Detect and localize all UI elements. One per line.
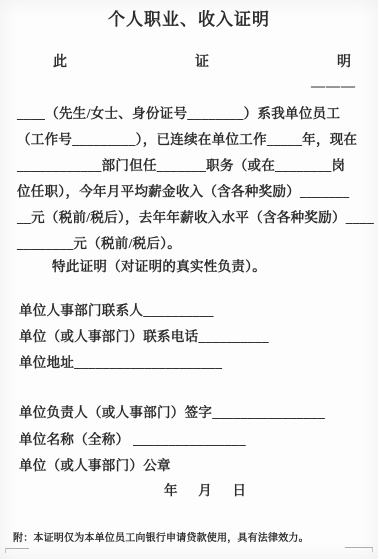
date-day-label: 日 — [233, 479, 247, 499]
cert-char-ci: 此 — [53, 51, 67, 71]
date-line: 年 月 日 — [164, 479, 246, 499]
body-line-1: ____（先生/女士、身份证号________）系我单位员工 — [17, 102, 340, 122]
body-line-3: ____________部门但任_______职务（或在________岗 — [17, 154, 345, 174]
cropped-table-corner-left — [5, 548, 29, 553]
closing-statement: 特此证明（对证明的真实性负责）。 — [52, 255, 266, 275]
document-title: 个人职业、收入证明 — [0, 5, 378, 30]
signature-line: 单位负责人（或人事部门）签字________________ — [19, 401, 325, 421]
date-year-label: 年 — [164, 479, 178, 499]
company-address-line: 单位地址_____________________ — [19, 351, 222, 371]
body-line-5: __元（税前/税后），去年年薪收入水平（含各种奖励）____ — [17, 206, 374, 226]
legal-note: 附：本证明仅为本单位员工向银行申请贷款使用，具有法律效力。 — [13, 529, 309, 544]
company-name-line: 单位名称（全称） ________________ — [19, 428, 246, 448]
cert-char-ming: 明 — [337, 51, 351, 71]
date-month-label: 月 — [198, 479, 212, 499]
body-line-2: （工作号_________），已连续在单位工作_____年，现在 — [17, 128, 357, 148]
body-line-4: 位任职），今年月平均薪金收入（含各种奖励）_______ — [17, 180, 349, 200]
cert-spread-line: 此 证 明 — [53, 51, 351, 71]
cert-char-zheng: 证 — [195, 51, 209, 71]
contact-phone-line: 单位（或人事部门）联系电话__________ — [19, 325, 269, 345]
official-seal-line: 单位（或人事部门）公章 — [19, 454, 171, 474]
income-certificate-document: 个人职业、收入证明 此 证 明 ——— ____（先生/女士、身份证号_____… — [0, 0, 378, 559]
contact-person-line: 单位人事部门联系人__________ — [19, 299, 214, 319]
body-line-6: ________元（税前/税后）。 — [17, 232, 181, 252]
name-blank-dashes: ——— — [296, 79, 356, 95]
cropped-table-corner-right — [345, 547, 373, 552]
